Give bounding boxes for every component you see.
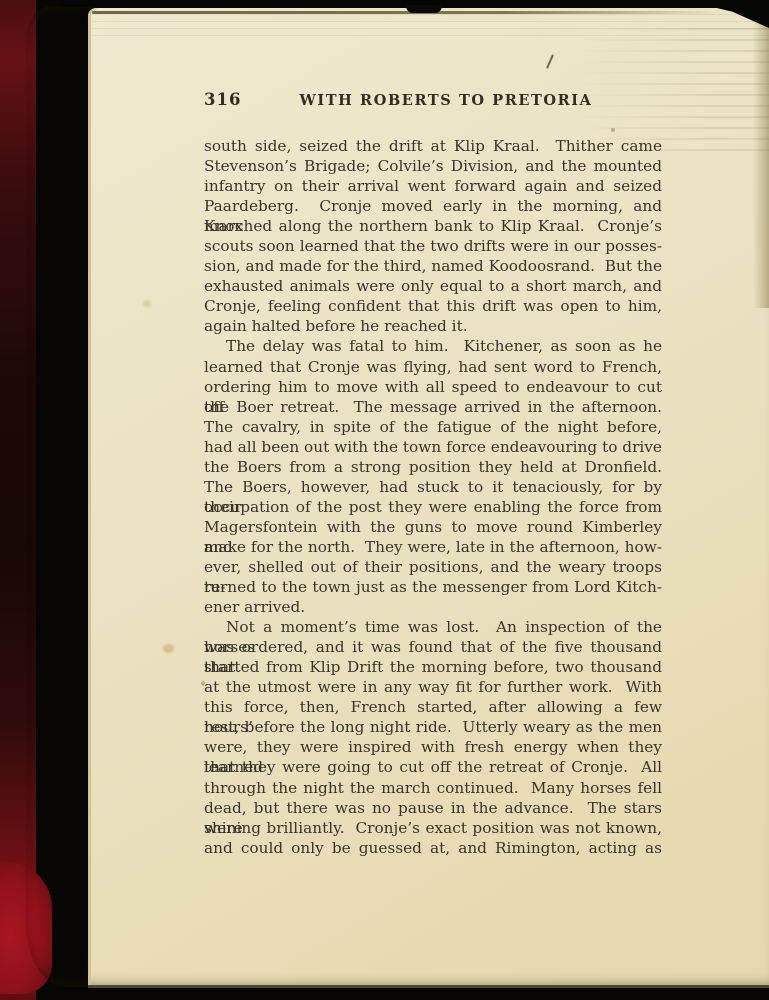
text-line: shining brilliantly. Cronje’s exact posi… bbox=[204, 818, 662, 838]
text-line: Paardeberg. Cronje moved early in the mo… bbox=[204, 196, 662, 216]
text-line: had all been out with the town force end… bbox=[204, 437, 662, 457]
text-line: the Boer retreat. The message arrived in… bbox=[204, 397, 662, 417]
text-line: ener arrived. bbox=[204, 597, 662, 617]
text-line: occupation of the post they were enablin… bbox=[204, 497, 662, 517]
text-line: The Boers, however, had stuck to it tena… bbox=[204, 477, 662, 497]
text-line: at the utmost were in any way fit for fu… bbox=[204, 677, 662, 697]
text-line: this force, then, French started, after … bbox=[204, 697, 662, 717]
text-line: south side, seized the drift at Klip Kra… bbox=[204, 136, 662, 156]
text-line: exhausted animals were only equal to a s… bbox=[204, 276, 662, 296]
text-line: ever, shelled out of their positions, an… bbox=[204, 557, 662, 577]
text-line: scouts soon learned that the two drifts … bbox=[204, 236, 662, 256]
page-right-shading bbox=[753, 8, 769, 308]
foxing-spot bbox=[143, 300, 151, 307]
text-line: and could only be guessed at, and Riming… bbox=[204, 838, 662, 858]
text-line: Magersfontein with the guns to move roun… bbox=[204, 517, 662, 537]
foxing-spot bbox=[163, 644, 174, 653]
text-line: through the night the march continued. M… bbox=[204, 778, 662, 798]
text-block: south side, seized the drift at Klip Kra… bbox=[204, 136, 662, 858]
text-line: dead, but there was no pause in the adva… bbox=[204, 798, 662, 818]
text-line: Not a moment’s time was lost. An inspect… bbox=[204, 617, 662, 637]
text-line: learned that Cronje was flying, had sent… bbox=[204, 357, 662, 377]
text-line: sion, and made for the third, named Kood… bbox=[204, 256, 662, 276]
paragraph: Not a moment’s time was lost. An inspect… bbox=[204, 617, 662, 858]
running-title: WITH ROBERTS TO PRETORIA bbox=[204, 90, 662, 112]
text-line: the Boers from a strong position they he… bbox=[204, 457, 662, 477]
foxing-spot bbox=[611, 128, 615, 132]
text-line: The cavalry, in spite of the fatigue of … bbox=[204, 417, 662, 437]
paragraph: south side, seized the drift at Klip Kra… bbox=[204, 136, 662, 336]
page-number: 316 bbox=[204, 90, 241, 109]
text-line: started from Klip Drift the morning befo… bbox=[204, 657, 662, 677]
text-line: ordering him to move with all speed to e… bbox=[204, 377, 662, 397]
text-line: infantry on their arrival went forward a… bbox=[204, 176, 662, 196]
background-top-notch bbox=[406, 5, 442, 13]
book-photo: 316 WITH ROBERTS TO PRETORIA south side,… bbox=[0, 0, 769, 1000]
text-line: Stevenson’s Brigade; Colvile’s Division,… bbox=[204, 156, 662, 176]
text-line: was ordered, and it was found that of th… bbox=[204, 637, 662, 657]
text-line: Cronje, feeling confident that this drif… bbox=[204, 296, 662, 316]
text-line: marched along the northern bank to Klip … bbox=[204, 216, 662, 236]
page-edge-stack bbox=[26, 6, 92, 987]
text-line: rest, before the long night ride. Utterl… bbox=[204, 717, 662, 737]
text-line: make for the north. They were, late in t… bbox=[204, 537, 662, 557]
text-line: again halted before he reached it. bbox=[204, 316, 662, 336]
paragraph: The delay was fatal to him. Kitchener, a… bbox=[204, 336, 662, 617]
running-header: 316 WITH ROBERTS TO PRETORIA bbox=[204, 90, 662, 112]
text-line: turned to the town just as the messenger… bbox=[204, 577, 662, 597]
text-line: The delay was fatal to him. Kitchener, a… bbox=[204, 336, 662, 356]
text-line: that they were going to cut off the retr… bbox=[204, 757, 662, 777]
text-line: were, they were inspired with fresh ener… bbox=[204, 737, 662, 757]
